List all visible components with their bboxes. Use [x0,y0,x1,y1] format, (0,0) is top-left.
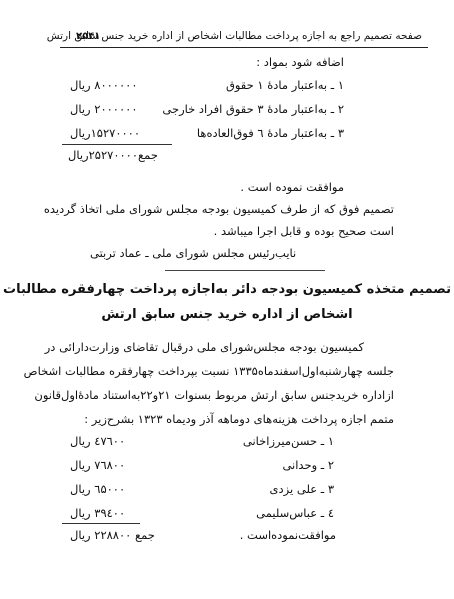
agreed-line: موافقت نموده است . [240,180,344,194]
payee-label: ۳ ـ علی یزدی [270,482,334,496]
item-amount: ۲۰۰۰۰۰۰ ریال [70,102,138,116]
body-line: جلسه چهارشنبه‌اول‌اسفندماه۱۳۳۵ نسبت بپرد… [24,364,394,378]
approval-line: است صحیح بوده و قابل اجرا میباشد . [214,224,394,238]
total-amount: جمع ۲۲۸۸۰۰ ریال [70,528,155,542]
document-page: صفحه تصمیم راجع به اجازه پرداخت مطالبات … [0,0,454,599]
payee-label: ۱ ـ حسن‌میرزاخانی [243,434,334,448]
approval-line: تصمیم فوق که از طرف کمیسیون بودجه مجلس ش… [44,202,394,216]
page-number: ۲۵۴۱ [76,31,100,42]
item-label: ۳ ـ به‌اعتبار مادهٔ ٦ فوق‌العاده‌ها [197,126,344,140]
body-line: ازاداره خریدجنس سابق ارتش مربوط بسنوات ۲… [34,388,394,402]
sum-rule [62,523,140,524]
total-amount: جمع۲۵۲۷۰۰۰۰ریال [68,148,158,162]
payee-amount: ۳۹٤۰۰ ریال [70,506,125,520]
sum-rule [62,144,172,145]
body-line: متمم اجازه پرداخت هزینه‌های دوماهه آذر و… [84,412,394,426]
payee-amount: ٤۷٦۰۰ ریال [70,434,125,448]
item-label: ۲ ـ به‌اعتبار مادهٔ ۳ حقوق افراد خارجی [162,102,344,116]
payee-amount: ٦۵۰۰۰ ریال [70,482,125,496]
body-line: کمیسیون بودجه مجلس‌شورای ملی درقبال تقاض… [45,340,364,354]
section-divider [165,270,325,271]
payee-amount: ۷٦۸۰۰ ریال [70,458,125,472]
payee-label: ٤ ـ عباس‌سلیمی [256,506,334,520]
section-title: تصمیم متخذه کمیسیون بودجه دائر به‌اجازه … [0,282,454,297]
section-title: اشخاص از اداره خرید جنس سابق ارتش [0,307,454,322]
item-amount: ۸۰۰۰۰۰۰ ریال [70,78,138,92]
item-amount: ۱۵۲۷۰۰۰۰ریال [70,126,140,140]
intro-line: اضافه شود بمواد : [256,55,344,69]
payee-label: ۲ ـ وحدانی [282,458,334,472]
item-label: ۱ ـ به‌اعتبار مادهٔ ۱ حقوق [226,78,344,92]
header-rule [60,47,428,48]
agreed-line: موافقت‌نموده‌است . [240,528,336,542]
running-header-title: صفحه تصمیم راجع به اجازه پرداخت مطالبات … [47,30,422,42]
signature-line: نایب‌رئیس مجلس شورای ملی ـ عماد تربتی [90,246,296,260]
